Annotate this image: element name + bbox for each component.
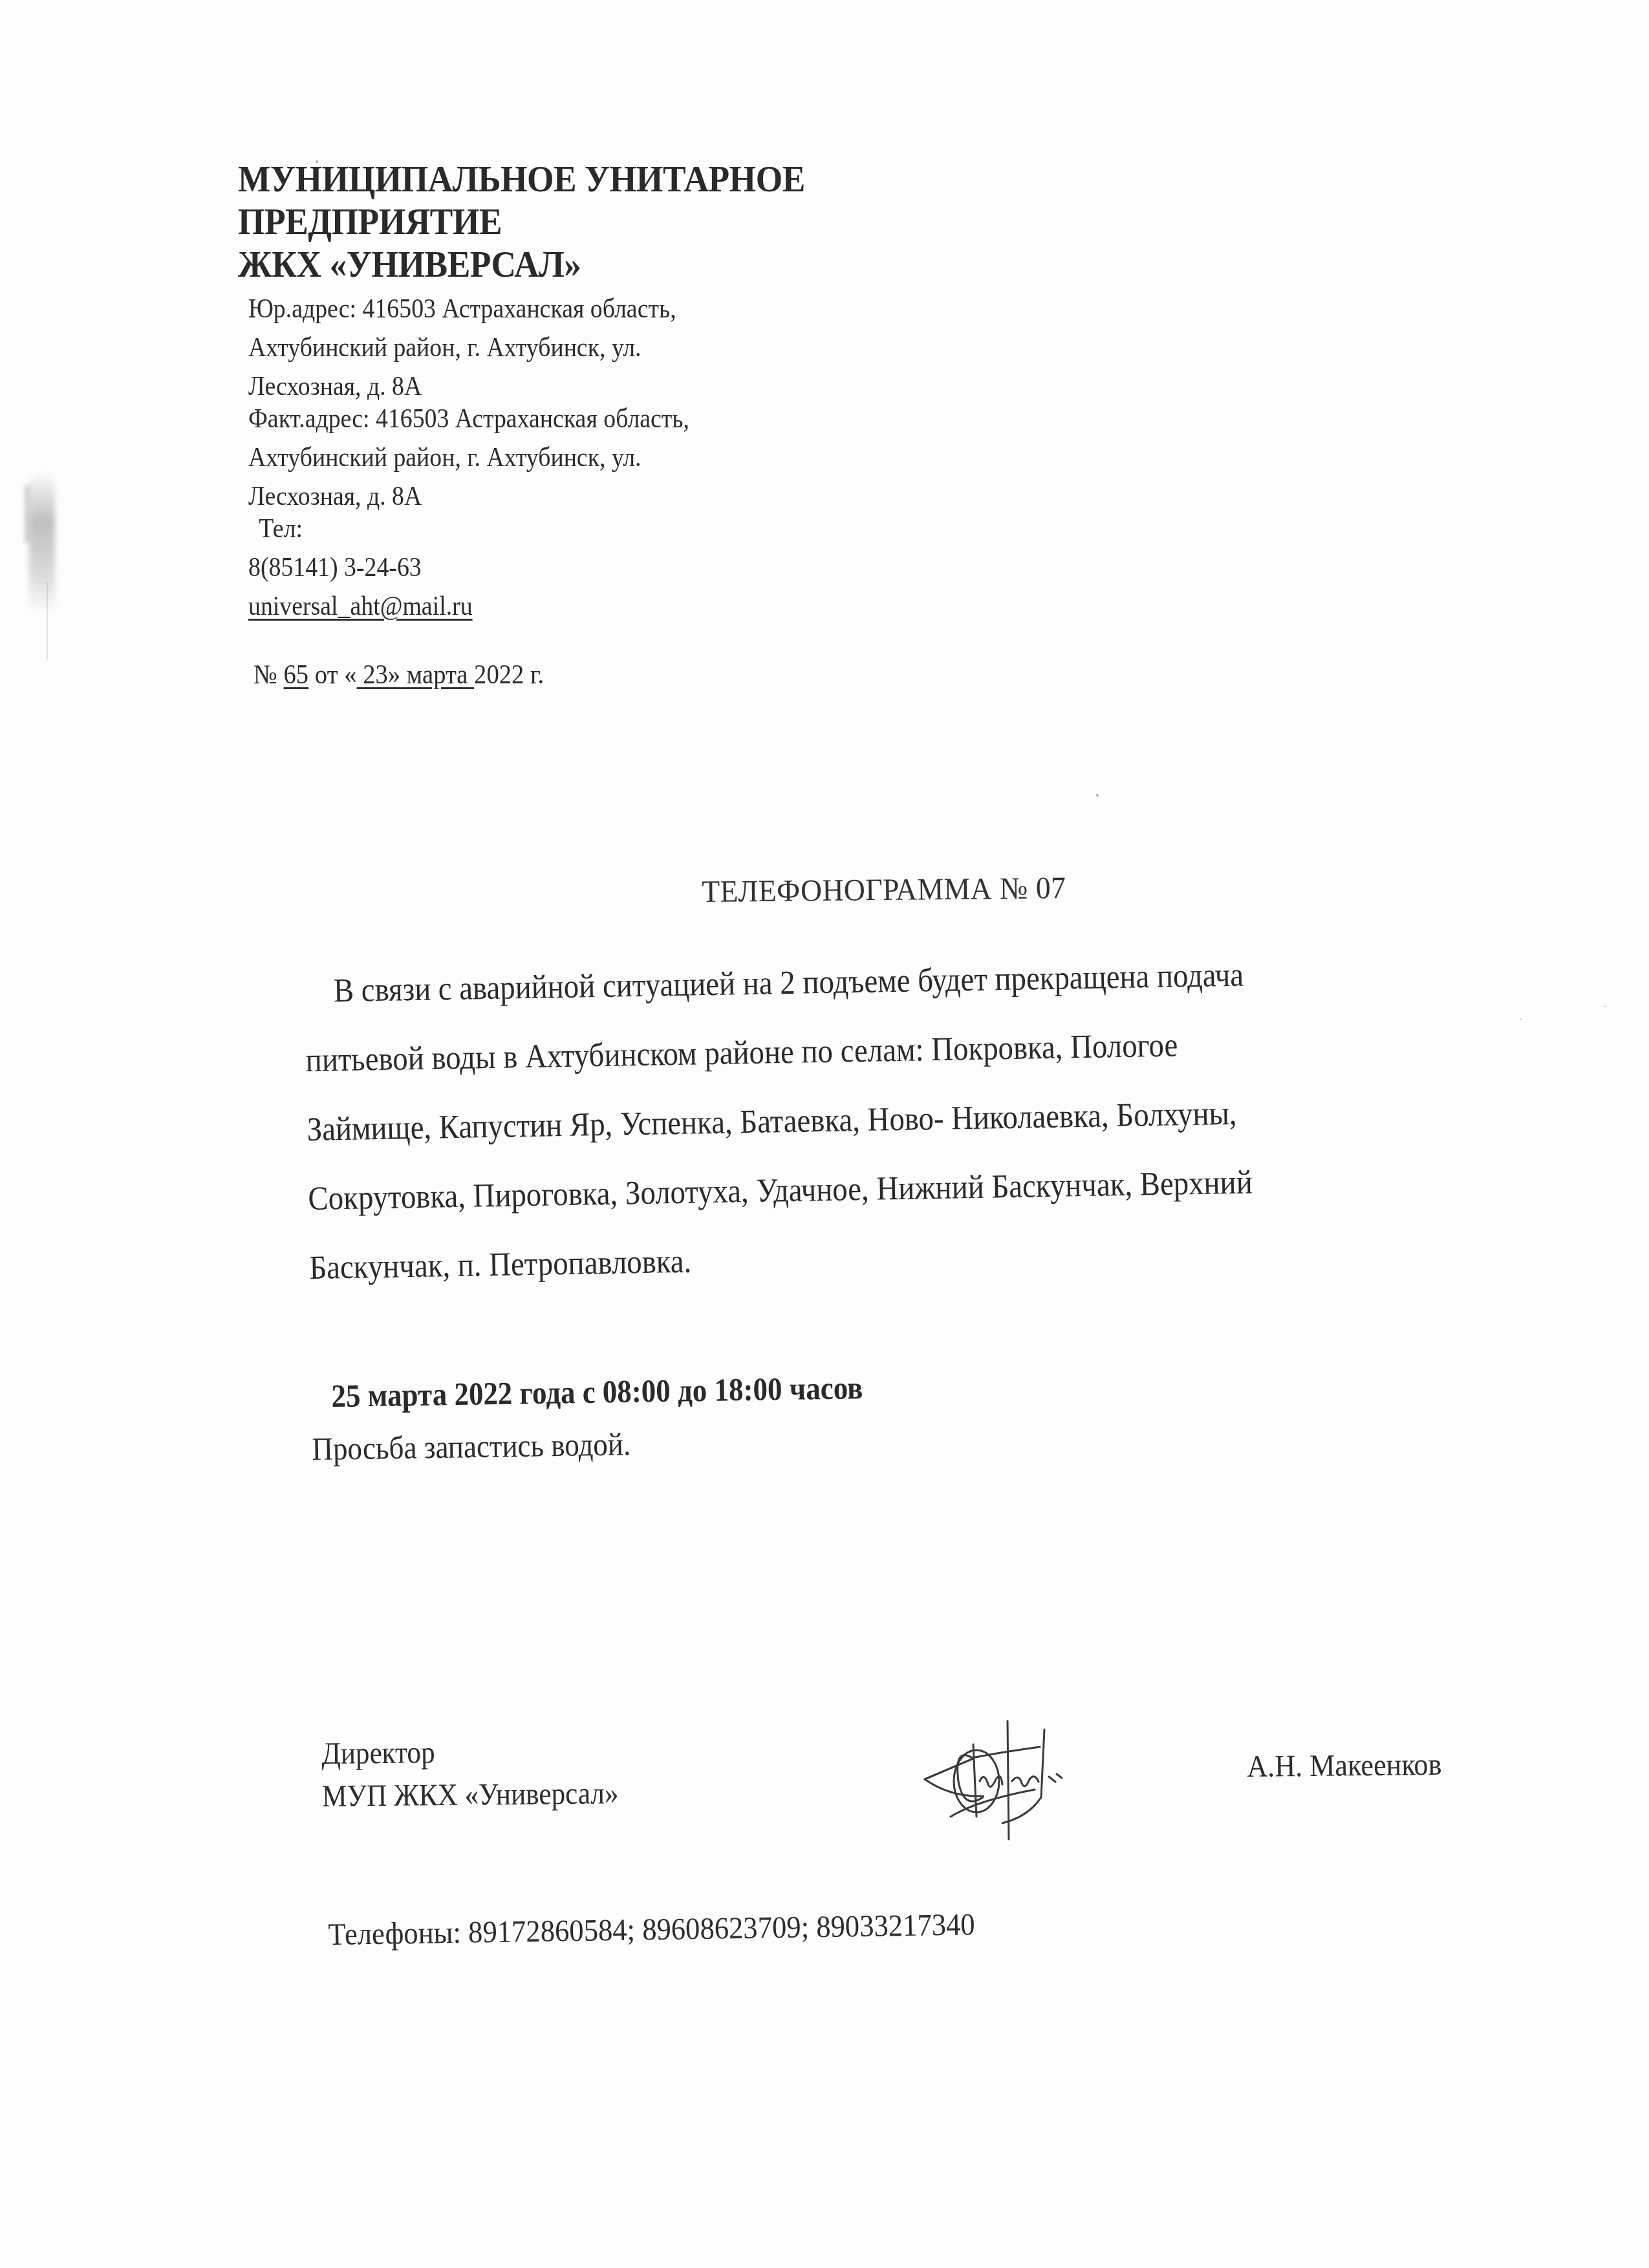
- notice-body: В связи с аварийной ситуацией на 2 подъе…: [304, 937, 1416, 1303]
- document-number: 65: [284, 660, 309, 690]
- legal-address: Юр.адрес: 416503 Астраханская область, А…: [248, 290, 676, 406]
- scan-speck: [1096, 794, 1099, 797]
- org-title-line: МУНИЦИПАЛЬНОЕ УНИТАРНОЕ: [238, 158, 805, 200]
- scan-smudge: [29, 472, 55, 614]
- document-year: 2022 г.: [474, 660, 544, 690]
- scan-speck: [1520, 1018, 1522, 1020]
- org-title-line: ЖКХ «УНИВЕРСАЛ»: [238, 243, 805, 286]
- outage-date-time: 25 марта 2022 года с 08:00 до 18:00 часо…: [331, 1369, 863, 1415]
- signer-name: А.Н. Макеенков: [1247, 1747, 1442, 1784]
- document-reference: № 65 от « 23» марта 2022 г.: [253, 659, 544, 690]
- org-title: МУНИЦИПАЛЬНОЕ УНИТАРНОЕ ПРЕДПРИЯТИЕ ЖКХ …: [238, 158, 805, 286]
- actual-address: Факт.адрес: 416503 Астраханская область,…: [248, 400, 689, 516]
- scan-speck: [1604, 1005, 1606, 1007]
- document-month: марта: [400, 660, 474, 690]
- number-prefix: №: [253, 660, 284, 690]
- address-line: Ахтубинский район, г. Ахтубинск, ул.: [248, 438, 689, 477]
- address-line: Юр.адрес: 416503 Астраханская область,: [248, 290, 676, 328]
- telephonogram-title: ТЕЛЕФОНОГРАММА № 07: [702, 870, 1066, 910]
- tel-number: 8(85141) 3-24-63: [248, 548, 473, 587]
- scan-smudge: [25, 485, 30, 543]
- contact-phones: Телефоны: 89172860584; 89608623709; 8903…: [328, 1907, 975, 1952]
- signer-position: Директор МУП ЖКХ «Универсал»: [321, 1729, 619, 1818]
- scanned-page: МУНИЦИПАЛЬНОЕ УНИТАРНОЕ ПРЕДПРИЯТИЕ ЖКХ …: [0, 0, 1649, 2268]
- email-link[interactable]: universal_aht@mail.ru: [248, 587, 473, 626]
- position-line: МУП ЖКХ «Универсал»: [322, 1772, 619, 1818]
- tel-label: Тел:: [248, 509, 473, 548]
- address-line: Факт.адрес: 416503 Астраханская область,: [248, 400, 689, 438]
- address-line: Ахтубинский район, г. Ахтубинск, ул.: [248, 328, 676, 367]
- scan-streak: [47, 582, 48, 659]
- document-day: 23»: [357, 660, 401, 690]
- from-text: от «: [308, 660, 356, 690]
- org-title-line: ПРЕДПРИЯТИЕ: [238, 200, 805, 243]
- request-text: Просьба запастись водой.: [312, 1425, 631, 1468]
- contact-block: Тел: 8(85141) 3-24-63 universal_aht@mail…: [248, 509, 473, 626]
- handwritten-signature: [912, 1720, 1132, 1843]
- position-line: Директор: [321, 1729, 618, 1775]
